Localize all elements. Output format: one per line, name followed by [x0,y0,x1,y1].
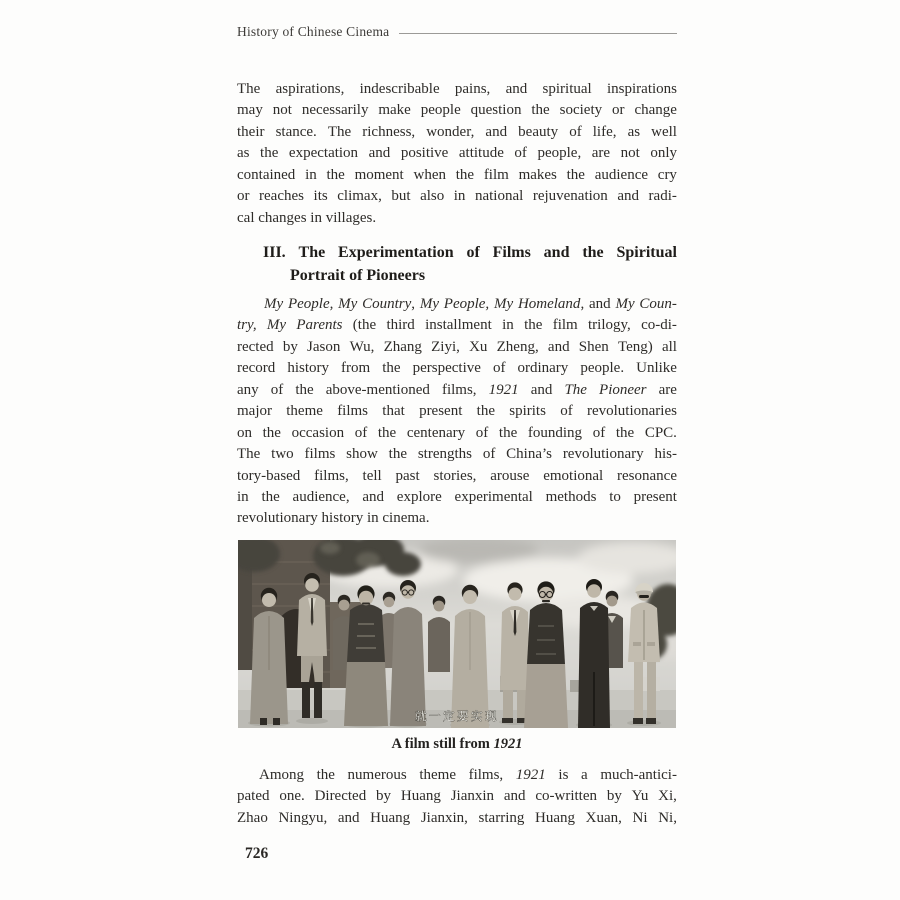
running-header-title: History of Chinese Cinema [237,24,389,40]
section-heading: III.TheExperimentationofFilmsandtheSpiri… [237,242,677,287]
text-line: orreachesitsclimax,butalsoinnationalreju… [237,186,677,207]
text-line: cal changes in villages. [237,208,677,229]
text-line: try,MyParents(thethirdinstallmentinthefi… [237,315,677,336]
text-line: tory-basedfilms,tellpaststories,arouseem… [237,466,677,487]
paragraph-3: Amongthenumerousthemefilms,1921isamuch-a… [237,765,677,829]
text-line: theirstance.Therichness,wonder,andbeauty… [237,122,677,143]
text-line: III.TheExperimentationofFilmsandtheSpiri… [263,242,677,265]
text-line: astheexpectationandpositiveattitudeofpeo… [237,143,677,164]
text-line: Theaspirations,indescribablepains,andspi… [237,79,677,100]
text-line: patedone.DirectedbyHuangJianxinandco-wri… [237,786,677,807]
text-line: ontheoccasionofthecentenaryofthefounding… [237,423,677,444]
film-still-photo-art: 就一定要实现 [238,540,676,728]
text-line: Portrait of Pioneers [290,265,677,288]
text-line: MyPeople,MyCountry,MyPeople,MyHomeland,a… [264,294,677,315]
text-line: containedinthemomentwhenthefilmmakesthea… [237,165,677,186]
film-still-image: 就一定要实现 [238,540,676,728]
text-line: recordhistoryfromtheperspectiveofordinar… [237,358,677,379]
text-line: rectedbyJasonWu,ZhangZiyi,XuZheng,andShe… [237,337,677,358]
text-line: revolutionary history in cinema. [237,508,677,529]
film-subtitle-text: 就一定要实现 [415,709,499,723]
text-line: Amongthenumerousthemefilms,1921isamuch-a… [259,765,677,786]
text-line: anyoftheabove-mentionedfilms,1921andTheP… [237,380,677,401]
film-still-figure: 就一定要实现 A film still from 1921 [238,540,676,753]
text-line: ThetwofilmsshowthestrengthsofChina’srevo… [237,444,677,465]
paragraph-2: MyPeople,MyCountry,MyPeople,MyHomeland,a… [237,294,677,530]
figure-caption: A film still from 1921 [238,736,676,753]
header-rule [399,33,677,34]
text-line: maynotnecessarilymakepeoplequestiontheso… [237,100,677,121]
text-line: ZhaoNingyu,andHuangJianxin,starringHuang… [237,808,677,829]
page-number: 726 [245,845,268,863]
text-line: majorthemefilmsthatpresentthespiritsofre… [237,401,677,422]
text-line: intheaudience,andexploreexperimentalmeth… [237,487,677,508]
book-page: History of Chinese Cinema Theaspirations… [0,0,900,900]
running-header: History of Chinese Cinema [237,24,677,40]
paragraph-1: Theaspirations,indescribablepains,andspi… [237,79,677,229]
